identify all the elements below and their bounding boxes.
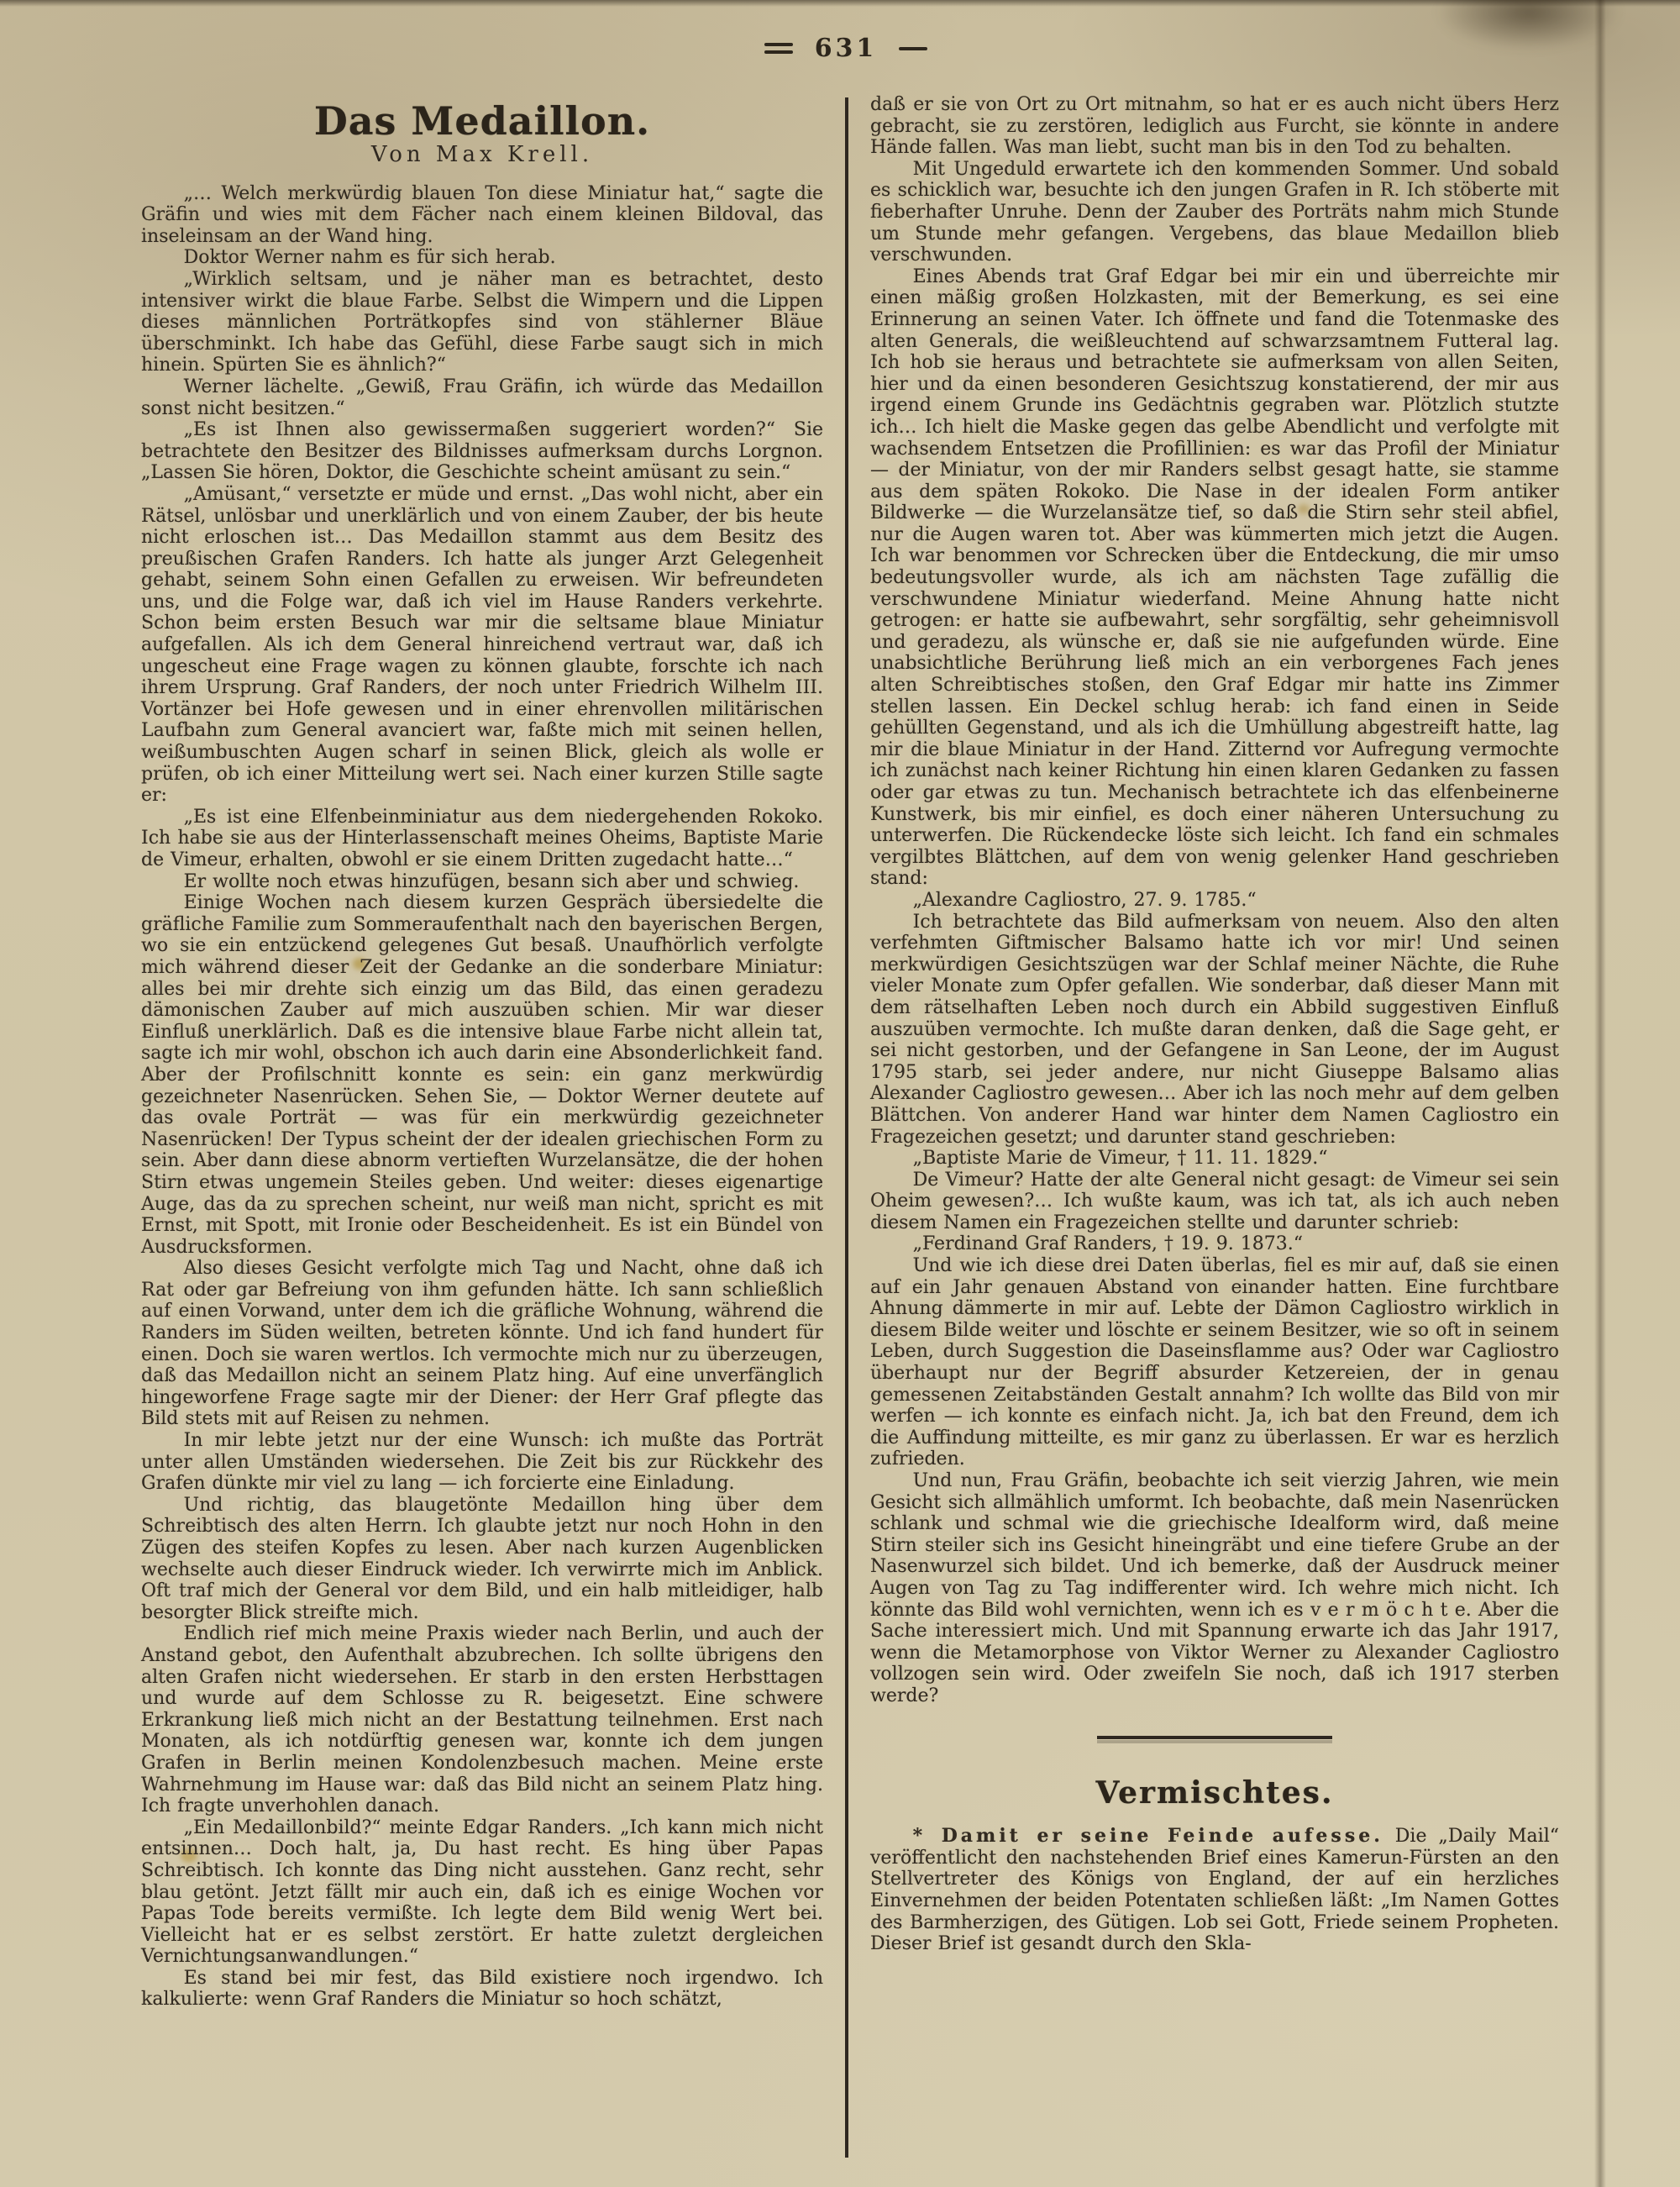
paragraph: Es stand bei mir fest, das Bild existier… [141,1968,823,2011]
paragraph: Werner lächelte. „Gewiß, Frau Gräfin, ic… [141,376,823,419]
paragraph: „Baptiste Marie de Vimeur, † 11. 11. 182… [870,1148,1559,1170]
paragraph: Und nun, Frau Gräfin, beobachte ich seit… [870,1470,1559,1707]
paragraph: „… Welch merkwürdig blauen Ton diese Min… [141,183,823,248]
scan-page-edge-shadow [1594,0,1606,2187]
left-column-text: „… Welch merkwürdig blauen Ton diese Min… [141,183,823,2011]
page-number: 631 [815,34,878,63]
column-divider-rule [845,97,848,2158]
paragraph: „Amüsant,“ versetzte er müde und ernst. … [141,484,823,807]
story-end-rule [1097,1736,1332,1739]
paragraph: De Vimeur? Hatte der alte General nicht … [870,1170,1559,1234]
header-dash-left [764,43,793,54]
paragraph: Einige Wochen nach diesem kurzen Gespräc… [141,892,823,1258]
newspaper-page: 631 Das Medaillon. Von Max Krell. „… Wel… [0,0,1680,2187]
story-byline: Von Max Krell. [141,145,823,166]
paragraph: Ich betrachtete das Bild aufmerksam von … [870,912,1559,1149]
paragraph: „Ferdinand Graf Randers, † 19. 9. 1873.“ [870,1233,1559,1255]
left-column: Das Medaillon. Von Max Krell. „… Welch m… [141,94,823,2011]
paragraph: Endlich rief mich meine Praxis wieder na… [141,1623,823,1816]
paragraph: Er wollte noch etwas hinzufügen, besann … [141,871,823,893]
paragraph: Also dieses Gesicht verfolgte mich Tag u… [141,1258,823,1430]
paragraph: Und wie ich diese drei Daten überlas, fi… [870,1255,1559,1470]
paragraph: „Es ist eine Elfenbeinminiatur aus dem n… [141,807,823,871]
misc-section-heading: Vermischtes. [870,1783,1559,1805]
header-dash-right [899,47,927,50]
misc-item-lead-in: * Damit er seine Feinde aufesse. [913,1825,1383,1847]
story-title: Das Medaillon. [141,101,823,141]
right-column-text: daß er sie von Ort zu Ort mitnahm, so ha… [870,94,1559,1707]
paragraph: In mir lebte jetzt nur der eine Wunsch: … [141,1430,823,1495]
right-column: daß er sie von Ort zu Ort mitnahm, so ha… [870,94,1559,1955]
paragraph: Und richtig, das blaugetönte Medaillon h… [141,1495,823,1624]
paragraph: „Ein Medaillonbild?“ meinte Edgar Rander… [141,1817,823,1968]
misc-item: * Damit er seine Feinde aufesse. Die „Da… [870,1826,1559,1955]
paragraph: Doktor Werner nahm es für sich herab. [141,247,823,269]
paragraph: „Wirklich seltsam, und je näher man es b… [141,269,823,376]
paragraph: daß er sie von Ort zu Ort mitnahm, so ha… [870,94,1559,159]
paragraph: „Alexandre Cagliostro, 27. 9. 1785.“ [870,890,1559,912]
paragraph: Eines Abends trat Graf Edgar bei mir ein… [870,266,1559,890]
two-column-layout: Das Medaillon. Von Max Krell. „… Welch m… [141,94,1561,2158]
paragraph: Mit Ungeduld erwartete ich den kommenden… [870,159,1559,266]
paragraph: „Es ist Ihnen also gewissermaßen suggeri… [141,419,823,484]
page-number-header: 631 [141,34,1551,63]
